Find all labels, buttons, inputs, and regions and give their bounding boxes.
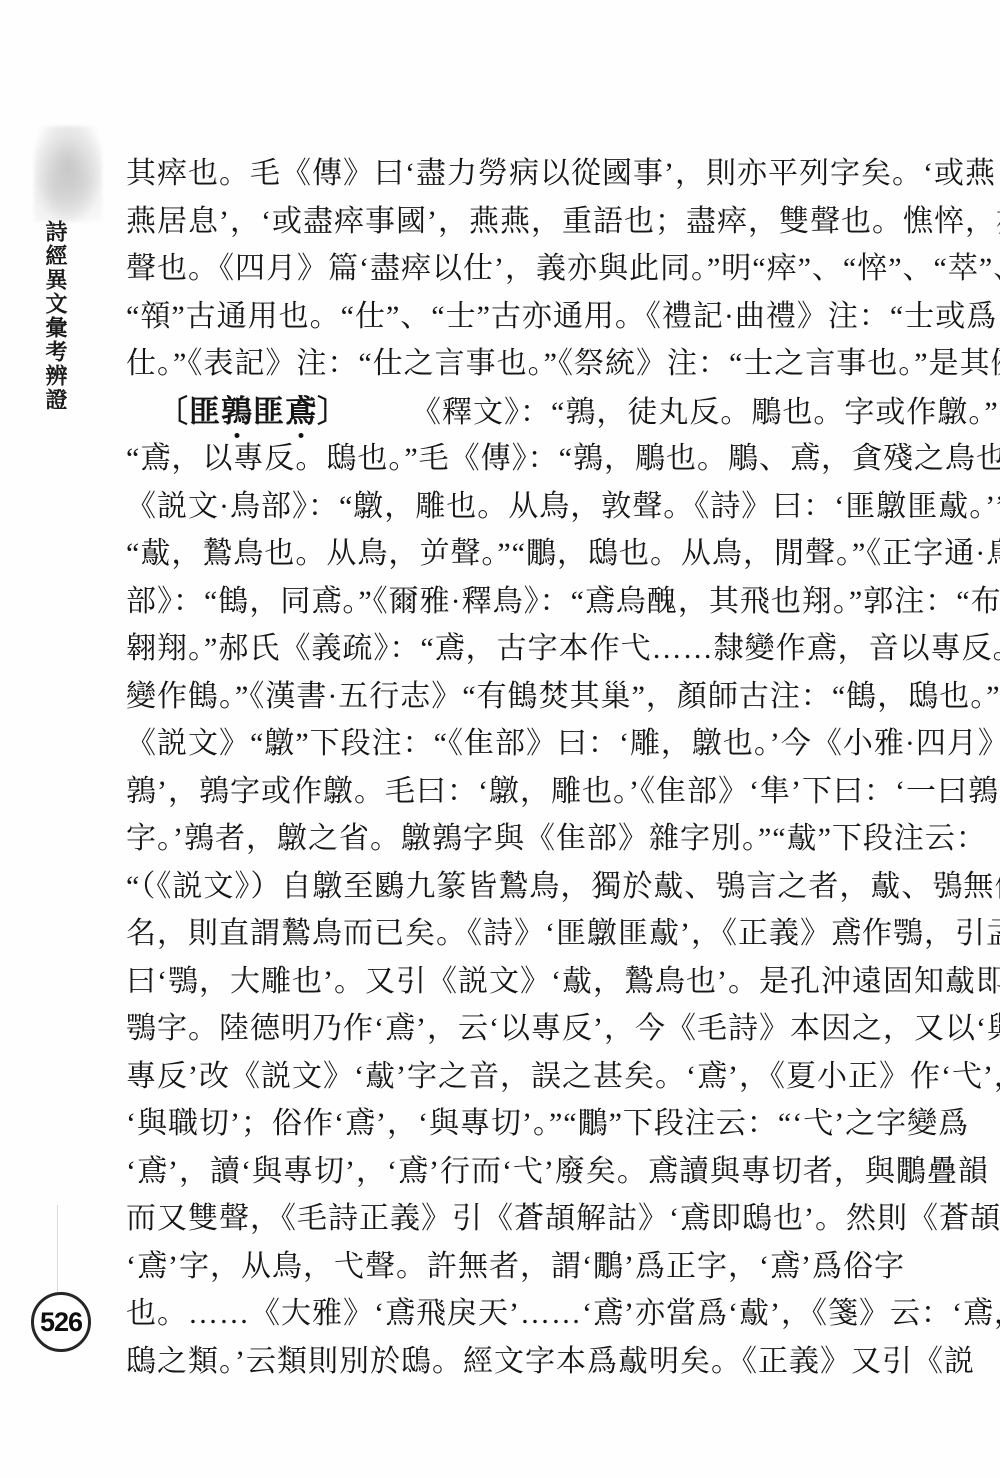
text-line: 鶚字。陸德明乃作‘鳶’，云‘以專反’，今《毛詩》本因之，又以‘與 [126,1005,890,1053]
publisher-seal-ornament [34,126,102,222]
text-line: “（《説文》）自鷻至鶠九篆皆鷙鳥，獨於䳒、鴞言之者，䳒、鴞無他 [126,863,890,911]
text-line: ‘鳶’，讀‘與專切’，‘鳶’行而‘弋’廢矣。鳶讀與專切者，與鷳疊韻 [126,1148,890,1196]
text-line: 鶉’，鶉字或作鷻。毛曰：‘鷻，雕也。’《隹部》‘隼’下曰：‘一曰鶉 [126,768,890,816]
text-line: 聲也。《四月》篇‘盡瘁以仕’，義亦與此同。”明“瘁”、“悴”、“萃”、 [126,245,890,293]
entry-first-text: 《釋文》：“鶉，徒丸反。鵰也。字或作鷻。” [411,396,999,429]
page-number: 526 [40,1307,82,1338]
text-line: 仕。”《表記》注：“仕之言事也。”《祭統》注：“士之言事也。”是其例。 [126,340,890,388]
page-fold-line [57,1205,58,1293]
headword-char: 〕 [317,388,349,436]
text-line: ‘與職切’；俗作‘鳶’，‘與專切’。”“鷳”下段注云：“‘弋’之字變爲 [126,1100,890,1148]
text-line: 其瘁也。毛《傳》曰‘盡力勞病以從國事’，則亦平列字矣。‘或燕 [126,150,890,198]
text-line: 變作䳡。”《漢書·五行志》“有䳡焚其巢”，顏師古注：“䳡，鴟也。” [126,673,890,721]
text-line: 翱翔。”郝氏《義疏》：“鳶，古字本作弋……隸變作鳶，音以專反。又 [126,625,890,673]
text-line: 燕居息’，‘或盡瘁事國’，燕燕，重語也；盡瘁，雙聲也。憔悴，亦雙 [126,198,890,246]
page-text: 其瘁也。毛《傳》曰‘盡力勞病以從國事’，則亦平列字矣。‘或燕燕居息’，‘或盡瘁事… [126,150,890,1385]
headword-char: 匪 [253,388,285,436]
text-line: 字。’鶉者，鷻之省。鷻鶉字與《隹部》雜字別。”“䳒”下段注云： [126,815,890,863]
page-number-badge: 526 [31,1292,91,1352]
text-line: 《説文·鳥部》：“鷻，雕也。从鳥，敦聲。《詩》曰：‘匪鷻匪䳒。’” [126,483,890,531]
paragraph-continued: 其瘁也。毛《傳》曰‘盡力勞病以從國事’，則亦平列字矣。‘或燕燕居息’，‘或盡瘁事… [126,150,890,388]
headword-char: 鶉 [221,388,253,436]
text-line: 名，則直謂鷙鳥而已矣。《詩》‘匪鷻匪䳒’，《正義》鳶作鶚，引孟康 [126,910,890,958]
text-line: 專反’改《説文》‘䳒’字之音，誤之甚矣。‘鳶’，《夏小正》作‘弋’， [126,1053,890,1101]
text-line: 也。……《大雅》‘鳶飛戾天’……‘鳶’亦當爲‘䳒’，《箋》云：‘鳶， [126,1290,890,1338]
text-line: “鳶，以專反。鴟也。”毛《傳》：“鶉，鵰也。鵰、鳶，貪殘之鳥也。” [126,435,890,483]
text-line: ‘鳶’字，从鳥，弋聲。許無者，謂‘鷳’爲正字，‘鳶’爲俗字 [126,1243,890,1291]
book-page: 詩經異文彙考辨證 526 其瘁也。毛《傳》曰‘盡力勞病以從國事’，則亦平列字矣。… [0,0,1000,1478]
text-line: 《説文》“鷻”下段注：“《隹部》曰：‘雕，鷻也。’今《小雅·四月》‘匪 [126,720,890,768]
entry-heading-line: 〔匪鶉匪鳶〕《釋文》：“鶉，徒丸反。鵰也。字或作鷻。” [126,388,890,436]
text-line: “䳒，鷙鳥也。从鳥，屰聲。”“鷳，鴟也。从鳥，閒聲。”《正字通·鳥 [126,530,890,578]
headword-char: 〔匪 [157,388,221,436]
text-line: 部》：“䳡，同鳶。”《爾雅·釋鳥》：“鳶烏醜，其飛也翔。”郭注：“布翅 [126,578,890,626]
text-line: 而又雙聲，《毛詩正義》引《蒼頡解詁》‘鳶即鴟也’。然則《蒼頡》有 [126,1195,890,1243]
text-line: 鴟之類。’云類則別於鴟。經文字本爲䳒明矣。《正義》又引《説 [126,1338,890,1386]
headword-char: 鳶 [285,388,317,436]
book-title-vertical: 詩經異文彙考辨證 [40,220,71,412]
text-line: 曰‘鶚，大雕也’。又引《説文》‘䳒，鷙鳥也’。是孔沖遠固知䳒即 [126,958,890,1006]
entry-body: “鳶，以專反。鴟也。”毛《傳》：“鶉，鵰也。鵰、鳶，貪殘之鳥也。”《説文·鳥部》… [126,435,890,1385]
entry-headword: 〔匪鶉匪鳶〕 [157,394,349,429]
text-line: “顇”古通用也。“仕”、“士”古亦通用。《禮記·曲禮》注：“士或爲 [126,293,890,341]
